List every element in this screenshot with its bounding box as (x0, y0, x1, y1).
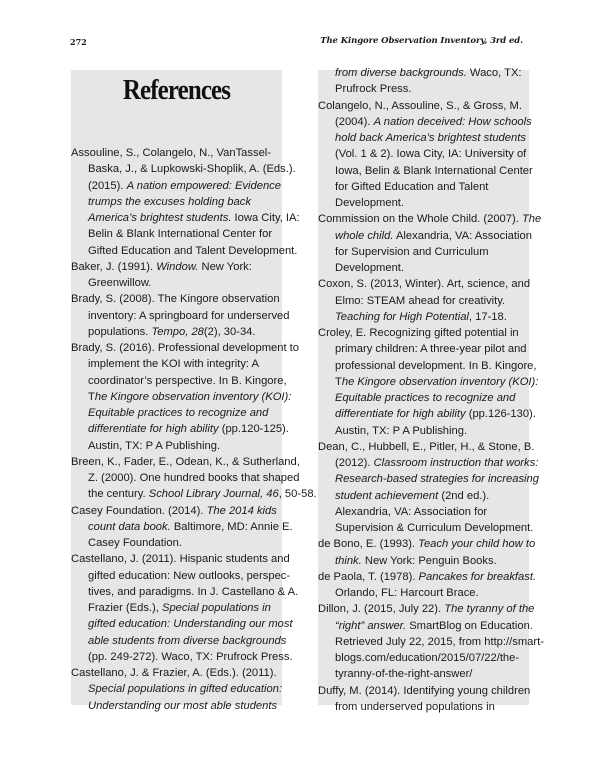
italic-title: think. (335, 555, 362, 567)
reference-line-continuation: for Gifted Education and Talent (318, 179, 539, 195)
reference-line-continuation: student achievement (2nd ed.). (318, 488, 539, 504)
reference-line-continuation: for Supervision and Curriculum (318, 244, 539, 260)
reference-line-continuation: differentiate for high ability (pp.120-1… (71, 421, 292, 437)
italic-title: Window. (156, 261, 198, 273)
reference-line-entry-start: Assouline, S., Colangelo, N., VanTassel- (71, 145, 292, 161)
italic-title: Pancakes for breakfast. (419, 571, 537, 583)
page-number: 272 (70, 37, 87, 47)
italic-title: Research-based strategies for increasing (335, 473, 539, 485)
reference-line-entry-start: Castellano, J. (2011). Hispanic students… (71, 551, 292, 567)
reference-line-continuation: coordinator’s perspective. In B. Kingore… (71, 373, 292, 389)
reference-line-entry-start: Coxon, S. (2013, Winter). Art, science, … (318, 276, 539, 292)
reference-line-continuation: America’s brightest students. Iowa City,… (71, 210, 292, 226)
reference-list-right: from diverse backgrounds. Waco, TX:Prufr… (318, 65, 539, 715)
reference-line-continuation: blogs.com/education/2015/07/22/the- (318, 650, 539, 666)
reference-line-continuation: able students from diverse backgrounds (71, 633, 292, 649)
reference-line-continuation: gifted education: New outlooks, perspec- (71, 568, 292, 584)
reference-line-entry-start: Dean, C., Hubbell, E., Pitler, H., & Sto… (318, 439, 539, 455)
reference-line-continuation: Austin, TX: P A Publishing. (71, 438, 292, 454)
reference-line-continuation: professional development. In B. Kingore, (318, 358, 539, 374)
reference-line-continuation: Equitable practices to recognize and (71, 405, 292, 421)
reference-line-continuation: Frazier (Eds.), Special populations in (71, 600, 292, 616)
reference-line-continuation: Equitable practices to recognize and (318, 390, 539, 406)
reference-line-entry-start: Croley, E. Recognizing gifted potential … (318, 325, 539, 341)
reference-line-continuation: count data book. Baltimore, MD: Annie E. (71, 519, 292, 535)
italic-title: from diverse backgrounds. (335, 67, 467, 79)
reference-line-continuation: “right” answer. SmartBlog on Education. (318, 618, 539, 634)
italic-title: Teach your child how to (418, 538, 535, 550)
italic-title: America’s brightest students. (88, 212, 231, 224)
reference-line-entry-start: Colangelo, N., Assouline, S., & Gross, M… (318, 98, 539, 114)
italic-title: Special populations in (162, 602, 271, 614)
reference-line-continuation: Teaching for High Potential, 17-18. (318, 309, 539, 325)
reference-line-continuation: Alexandria, VA: Association for (318, 504, 539, 520)
italic-title: student achievement (335, 490, 438, 502)
italic-title: gifted education: Understanding our most (88, 618, 293, 630)
italic-title: Special populations in gifted education: (88, 683, 282, 695)
reference-line-entry-start: Duffy, M. (2014). Identifying young chil… (318, 683, 539, 699)
reference-line-continuation: differentiate for high ability (pp.126-1… (318, 406, 539, 422)
reference-line-entry-start: Baker, J. (1991). Window. New York: (71, 259, 292, 275)
reference-line-continuation: Research-based strategies for increasing (318, 471, 539, 487)
italic-title: he Kingore observation inventory (KOI): (342, 376, 539, 388)
reference-line-continuation: The Kingore observation inventory (KOI): (71, 389, 292, 405)
reference-line-continuation: Understanding our most able students (71, 698, 292, 714)
reference-line-continuation: Gifted Education and Talent Development. (71, 243, 292, 259)
reference-line-continuation: hold back America’s brightest students (318, 130, 539, 146)
italic-title: A nation deceived: How schools (374, 116, 532, 128)
italic-title: Understanding our most able students (88, 700, 277, 712)
reference-line-continuation: tives, and paradigms. In J. Castellano &… (71, 584, 292, 600)
reference-line-continuation: (2004). A nation deceived: How schools (318, 114, 539, 130)
italic-title: Classroom instruction that works: (374, 457, 539, 469)
italic-title: Teaching for High Potential (335, 311, 469, 323)
reference-line-continuation: think. New York: Penguin Books. (318, 553, 539, 569)
reference-line-continuation: gifted education: Understanding our most (71, 616, 292, 632)
references-column-left: References Assouline, S., Colangelo, N.,… (71, 70, 282, 705)
reference-line-entry-start: Dillon, J. (2015, July 22). The tyranny … (318, 601, 539, 617)
reference-line-continuation: implement the KOI with integrity: A (71, 356, 292, 372)
reference-line-continuation: the century. School Library Journal, 46,… (71, 486, 292, 502)
reference-line-continuation: (2015). A nation empowered: Evidence (71, 178, 292, 194)
running-head: The Kingore Observation Inventory, 3rd e… (320, 36, 523, 46)
reference-line-continuation: Belin & Blank International Center for (71, 226, 292, 242)
italic-title: trumps the excuses holding back (88, 196, 251, 208)
reference-line-continuation: trumps the excuses holding back (71, 194, 292, 210)
reference-line-continuation: (2012). Classroom instruction that works… (318, 455, 539, 471)
italic-title: A nation empowered: Evidence (127, 180, 281, 192)
italic-title: hold back America’s brightest students (335, 132, 526, 144)
section-title: References (86, 74, 267, 107)
reference-line-continuation: primary children: A three-year pilot and (318, 341, 539, 357)
reference-line-continuation: tyranny-of-the-right-answer/ (318, 666, 539, 682)
italic-title: whole child. (335, 230, 393, 242)
reference-line-entry-start: Castellano, J. & Frazier, A. (Eds.). (20… (71, 665, 292, 681)
reference-line-continuation: Baska, J., & Lupkowski-Shoplik, A. (Eds.… (71, 161, 292, 177)
reference-line-continuation: Retrieved July 22, 2015, from http://sma… (318, 634, 539, 650)
italic-title: differentiate for high ability (335, 408, 466, 420)
reference-line-continuation: populations. Tempo, 28(2), 30-34. (71, 324, 292, 340)
italic-title: The tyranny of the (444, 603, 534, 615)
reference-list-left: Assouline, S., Colangelo, N., VanTassel-… (71, 145, 292, 714)
reference-line-continuation: Iowa, Belin & Blank International Center (318, 163, 539, 179)
reference-line-continuation: inventory: A springboard for underserved (71, 308, 292, 324)
reference-line-entry-start: Brady, S. (2016). Professional developme… (71, 340, 292, 356)
reference-line-entry-start: Commission on the Whole Child. (2007). T… (318, 211, 539, 227)
italic-title: “right” answer. (335, 620, 406, 632)
reference-line-continuation: The Kingore observation inventory (KOI): (318, 374, 539, 390)
reference-line-continuation: (Vol. 1 & 2). Iowa City, IA: University … (318, 146, 539, 162)
italic-title: The (522, 213, 541, 225)
reference-line-continuation: Z. (2000). One hundred books that shaped (71, 470, 292, 486)
italic-title: School Library Journal, 46 (149, 488, 279, 500)
reference-line-continuation: from diverse backgrounds. Waco, TX: (318, 65, 539, 81)
reference-line-entry-start: de Paola, T. (1978). Pancakes for breakf… (318, 569, 539, 585)
references-column-right: from diverse backgrounds. Waco, TX:Prufr… (318, 70, 529, 705)
reference-line-continuation: Prufrock Press. (318, 81, 539, 97)
italic-title: Tempo, 28 (151, 326, 203, 338)
reference-line-entry-start: Casey Foundation. (2014). The 2014 kids (71, 503, 292, 519)
reference-line-continuation: Elmo: STEAM ahead for creativity. (318, 293, 539, 309)
italic-title: The 2014 kids (207, 505, 277, 517)
italic-title: able students from diverse backgrounds (88, 635, 286, 647)
reference-line-continuation: Casey Foundation. (71, 535, 292, 551)
reference-line-continuation: from underserved populations in (318, 699, 539, 715)
reference-line-continuation: whole child. Alexandria, VA: Association (318, 228, 539, 244)
italic-title: differentiate for high ability (88, 423, 219, 435)
reference-line-continuation: (pp. 249-272). Waco, TX: Prufrock Press. (71, 649, 292, 665)
reference-line-continuation: Greenwillow. (71, 275, 292, 291)
reference-line-continuation: Special populations in gifted education: (71, 681, 292, 697)
reference-line-entry-start: Brady, S. (2008). The Kingore observatio… (71, 291, 292, 307)
reference-line-continuation: Development. (318, 260, 539, 276)
italic-title: count data book. (88, 521, 171, 533)
reference-line-entry-start: Breen, K., Fader, E., Odean, K., & Suthe… (71, 454, 292, 470)
reference-line-continuation: Development. (318, 195, 539, 211)
reference-line-continuation: Orlando, FL: Harcourt Brace. (318, 585, 539, 601)
reference-line-entry-start: de Bono, E. (1993). Teach your child how… (318, 536, 539, 552)
reference-line-continuation: Supervision & Curriculum Development. (318, 520, 539, 536)
italic-title: Equitable practices to recognize and (88, 407, 268, 419)
reference-line-continuation: Austin, TX: P A Publishing. (318, 423, 539, 439)
italic-title: Equitable practices to recognize and (335, 392, 515, 404)
italic-title: he Kingore observation inventory (KOI): (95, 391, 292, 403)
